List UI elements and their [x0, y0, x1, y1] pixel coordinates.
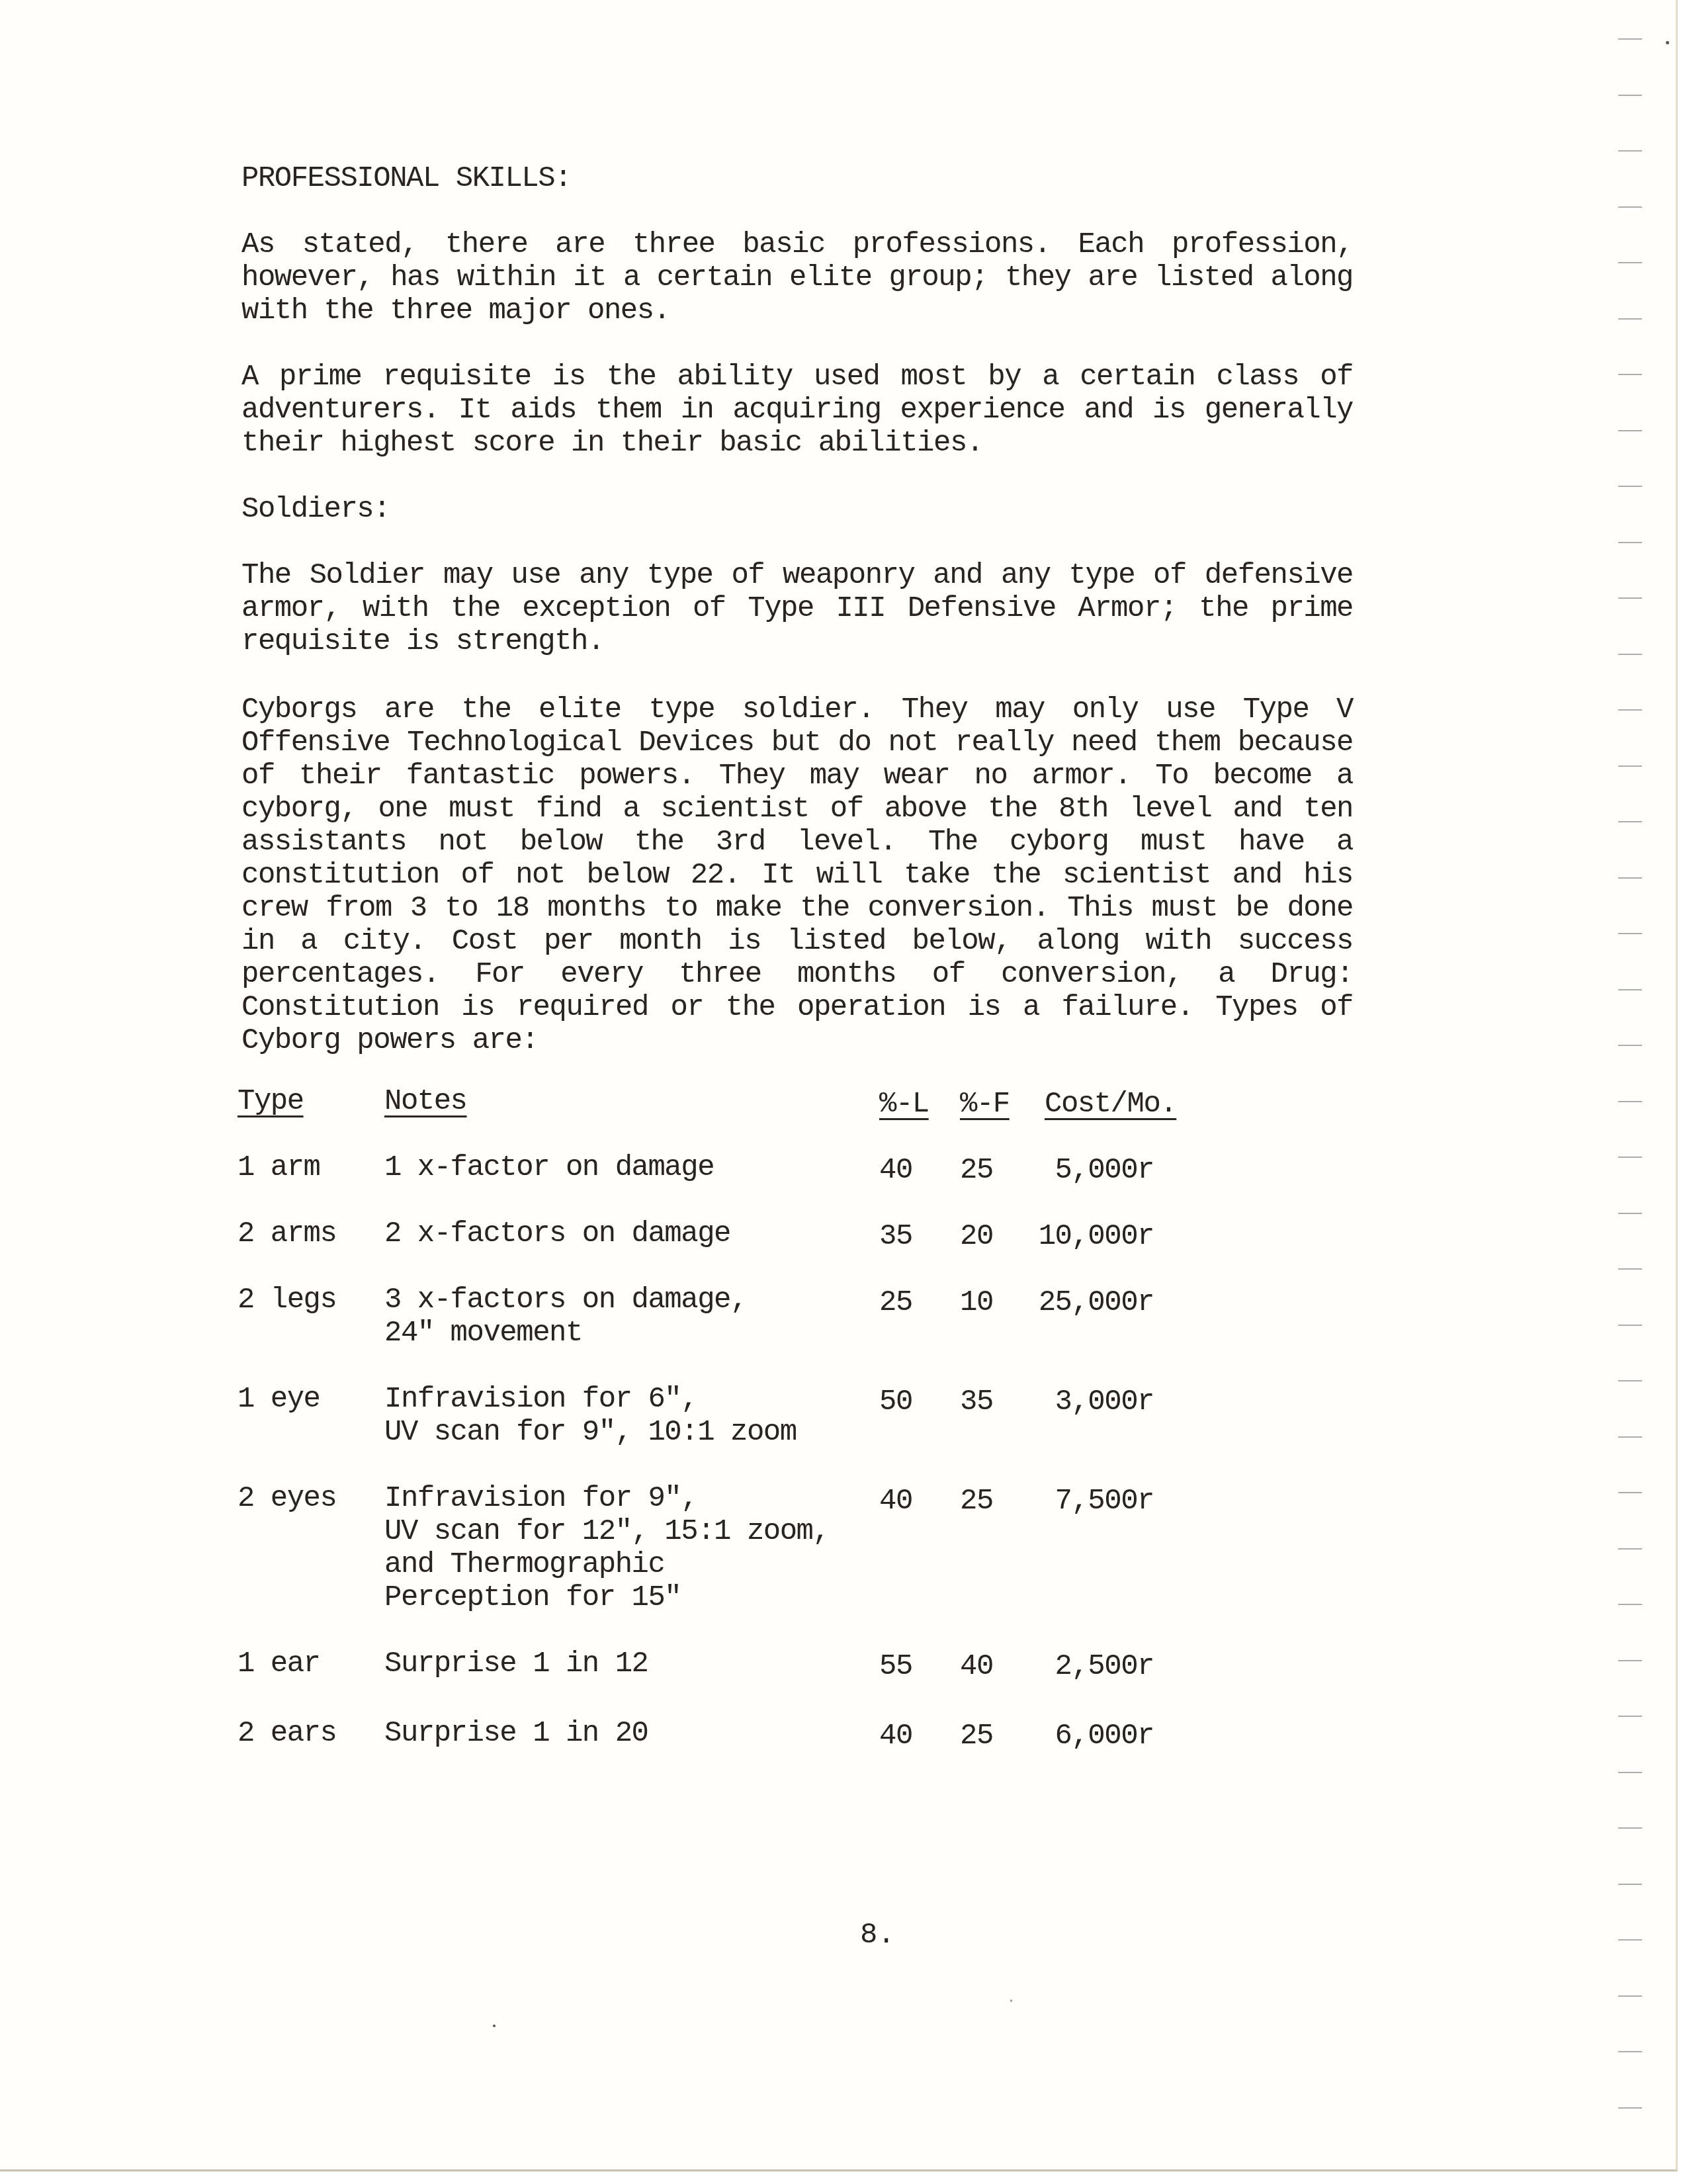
cell-type: 2 eyes [238, 1482, 336, 1515]
margin-tick [1618, 1436, 1642, 1438]
notes-line: Perception for 15" [384, 1581, 829, 1614]
cell-pct-f: 25 [960, 1720, 993, 1753]
notes-line: Infravision for 9", [384, 1482, 829, 1515]
margin-tick [1618, 597, 1642, 599]
cell-cost: 3,000r [1025, 1385, 1154, 1419]
margin-tick [1618, 1380, 1642, 1381]
notes-line: 2 x-factors on damage [384, 1217, 730, 1250]
margin-tick [1618, 1213, 1642, 1214]
margin-tick [1618, 1325, 1642, 1326]
margin-tick [1618, 206, 1642, 208]
margin-tick [1618, 38, 1642, 40]
cell-pct-l: 40 [879, 1720, 912, 1753]
soldier-description: The Soldier may use any type of weaponry… [241, 559, 1353, 658]
header-cost: Cost/Mo. [1045, 1088, 1176, 1121]
margin-tick [1618, 150, 1642, 152]
margin-tick [1618, 877, 1642, 879]
cell-notes: Infravision for 6",UV scan for 9", 10:1 … [384, 1383, 797, 1449]
cell-notes: 2 x-factors on damage [384, 1217, 730, 1250]
header-notes: Notes [384, 1085, 467, 1118]
margin-tick [1618, 486, 1642, 487]
cell-type: 1 arm [238, 1151, 320, 1184]
margin-tick [1618, 1548, 1642, 1550]
margin-tick [1618, 821, 1642, 822]
notes-line: UV scan for 9", 10:1 zoom [384, 1416, 797, 1449]
paper-speck [1666, 41, 1669, 44]
notes-line: Surprise 1 in 20 [384, 1717, 648, 1750]
paper-speck [1010, 1999, 1012, 2002]
cell-pct-l: 25 [879, 1286, 912, 1319]
paper-speck [493, 2025, 496, 2027]
margin-tick [1618, 2051, 1642, 2052]
cell-cost: 2,500r [1025, 1650, 1154, 1683]
cell-cost: 25,000r [1025, 1286, 1154, 1319]
notes-line: Surprise 1 in 12 [384, 1647, 648, 1681]
cell-pct-l: 40 [879, 1485, 912, 1518]
cell-notes: Surprise 1 in 20 [384, 1717, 648, 1750]
margin-tick [1618, 1716, 1642, 1717]
header-type: Type [238, 1085, 304, 1118]
cell-pct-l: 55 [879, 1650, 912, 1683]
margin-tick [1618, 1939, 1642, 1941]
notes-line: UV scan for 12", 15:1 zoom, [384, 1515, 829, 1548]
prime-requisite-paragraph: A prime requisite is the ability used mo… [241, 361, 1353, 460]
notes-line: and Thermographic [384, 1548, 829, 1581]
header-percent-f: %-F [960, 1088, 1010, 1121]
cell-pct-l: 50 [879, 1385, 912, 1419]
notes-line: 3 x-factors on damage, [384, 1284, 747, 1317]
margin-tick [1618, 1604, 1642, 1605]
margin-tick [1618, 1045, 1642, 1046]
page-number: 8. [860, 1919, 895, 1952]
cell-cost: 6,000r [1025, 1720, 1154, 1753]
cell-cost: 7,500r [1025, 1485, 1154, 1518]
notes-line: Infravision for 6", [384, 1383, 797, 1416]
cell-notes: 3 x-factors on damage,24" movement [384, 1284, 747, 1350]
margin-tick [1618, 1268, 1642, 1270]
cell-cost: 10,000r [1025, 1220, 1154, 1253]
cell-pct-f: 25 [960, 1154, 993, 1187]
cell-pct-f: 20 [960, 1220, 993, 1253]
document-page: PROFESSIONAL SKILLS: As stated, there ar… [0, 0, 1678, 2171]
cell-pct-f: 25 [960, 1485, 993, 1518]
cell-type: 2 legs [238, 1284, 336, 1317]
margin-tick [1618, 2107, 1642, 2109]
cell-type: 1 eye [238, 1383, 320, 1416]
margin-tick [1618, 989, 1642, 990]
cell-cost: 5,000r [1025, 1154, 1154, 1187]
cell-notes: 1 x-factor on damage [384, 1151, 714, 1184]
margin-tick [1618, 95, 1642, 96]
margin-tick [1618, 654, 1642, 655]
margin-tick [1618, 1772, 1642, 1773]
margin-tick [1618, 318, 1642, 320]
margin-tick [1618, 1995, 1642, 1997]
cell-type: 1 ear [238, 1647, 320, 1681]
margin-tick [1618, 709, 1642, 711]
cell-pct-l: 35 [879, 1220, 912, 1253]
margin-tick [1618, 262, 1642, 263]
cell-pct-f: 10 [960, 1286, 993, 1319]
margin-tick [1618, 933, 1642, 934]
margin-tick [1618, 1827, 1642, 1829]
margin-tick [1618, 765, 1642, 767]
margin-tick [1618, 1101, 1642, 1102]
margin-tick [1618, 1492, 1642, 1493]
margin-tick [1618, 542, 1642, 543]
margin-tick [1618, 1157, 1642, 1158]
margin-tick [1618, 374, 1642, 375]
intro-paragraph: As stated, there are three basic profess… [241, 228, 1353, 328]
margin-tick [1618, 430, 1642, 431]
cell-pct-l: 40 [879, 1154, 912, 1187]
cell-notes: Infravision for 9",UV scan for 12", 15:1… [384, 1482, 829, 1614]
cell-pct-f: 35 [960, 1385, 993, 1419]
cell-type: 2 ears [238, 1717, 336, 1750]
cell-pct-f: 40 [960, 1650, 993, 1683]
header-percent-l: %-L [879, 1088, 929, 1121]
margin-tick [1618, 1660, 1642, 1661]
notes-line: 24" movement [384, 1317, 747, 1350]
notes-line: 1 x-factor on damage [384, 1151, 714, 1184]
cell-notes: Surprise 1 in 12 [384, 1647, 648, 1681]
soldiers-heading: Soldiers: [241, 493, 390, 526]
margin-tick [1618, 1884, 1642, 1885]
cell-type: 2 arms [238, 1217, 336, 1250]
section-heading: PROFESSIONAL SKILLS: [241, 162, 571, 195]
cyborg-description: Cyborgs are the elite type soldier. They… [241, 693, 1353, 1057]
